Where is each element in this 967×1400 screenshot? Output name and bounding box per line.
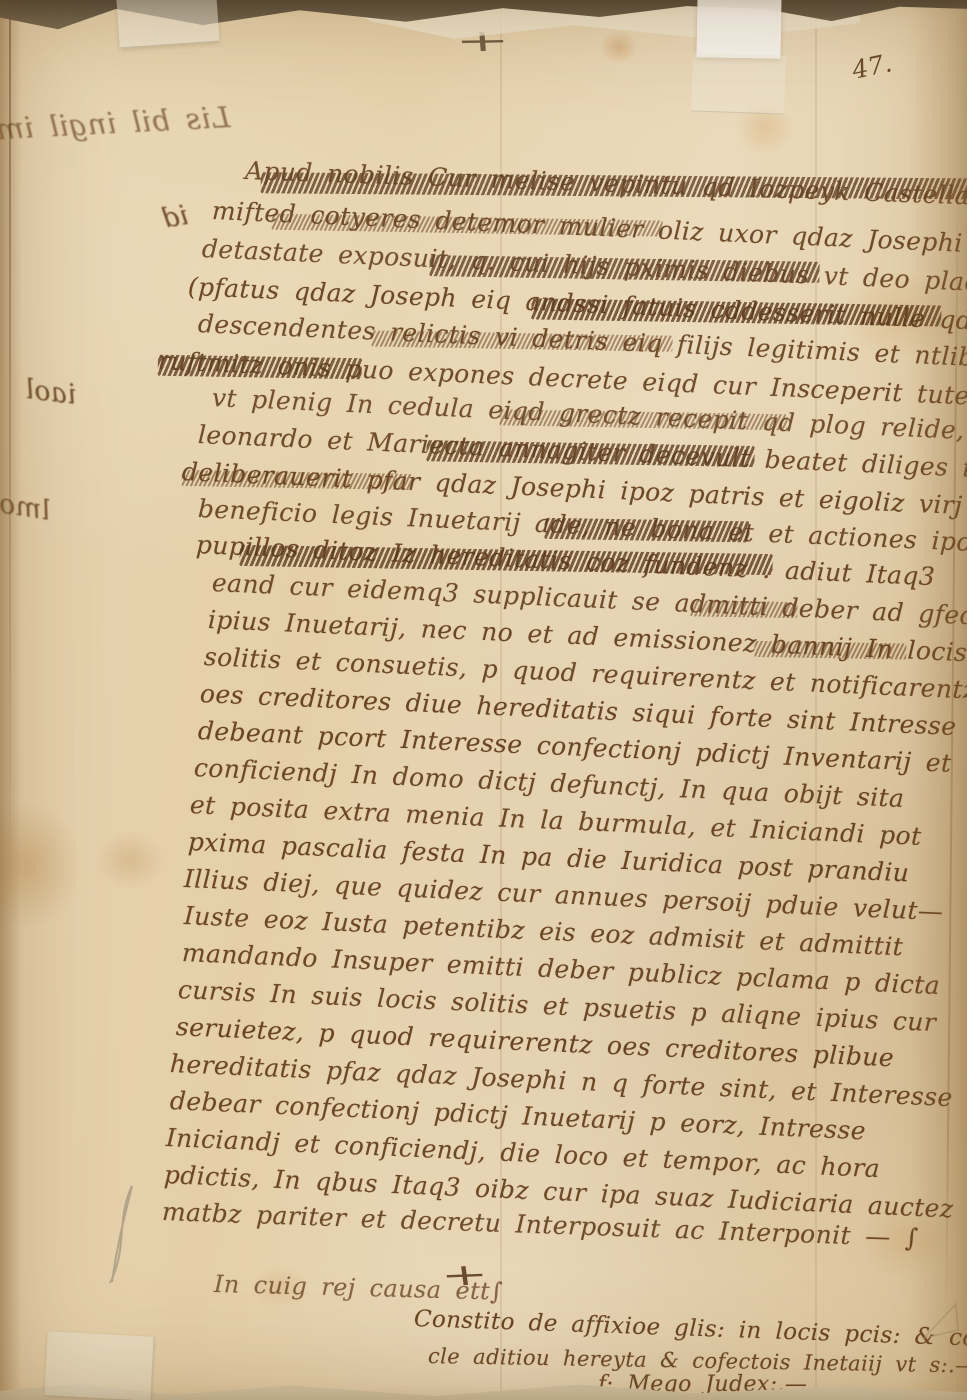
margin-show-through-mark: iaol bbox=[23, 374, 78, 411]
margin-show-through-mark: id bbox=[159, 200, 190, 234]
strikethrough-mark bbox=[754, 641, 906, 659]
strikethrough-mark bbox=[182, 470, 412, 490]
strikethrough-mark bbox=[427, 441, 755, 468]
strikethrough-mark bbox=[240, 545, 773, 576]
handwritten-text-block: Lis bil ingil imo quare celim ancomp omi… bbox=[0, 0, 967, 1400]
notary-cross-icon: + bbox=[438, 1257, 490, 1294]
binding-crease bbox=[9, 0, 11, 896]
strikethrough-mark bbox=[531, 299, 941, 327]
page-left-edge bbox=[0, 0, 22, 1400]
strikethrough-mark bbox=[272, 214, 663, 236]
strikethrough-mark bbox=[261, 173, 967, 201]
strikethrough-mark bbox=[690, 600, 798, 617]
strikethrough-mark bbox=[500, 409, 789, 430]
manuscript-scan: Lis bil ingil imo quare celim ancomp omi… bbox=[0, 0, 967, 1400]
strikethrough-mark bbox=[544, 518, 749, 543]
strikethrough-mark bbox=[429, 255, 819, 283]
show-through-line: Lis bil ingil imo quare celim ancomp omi… bbox=[0, 100, 231, 173]
strikethrough-mark bbox=[158, 355, 362, 380]
strikethrough-mark bbox=[371, 330, 672, 351]
